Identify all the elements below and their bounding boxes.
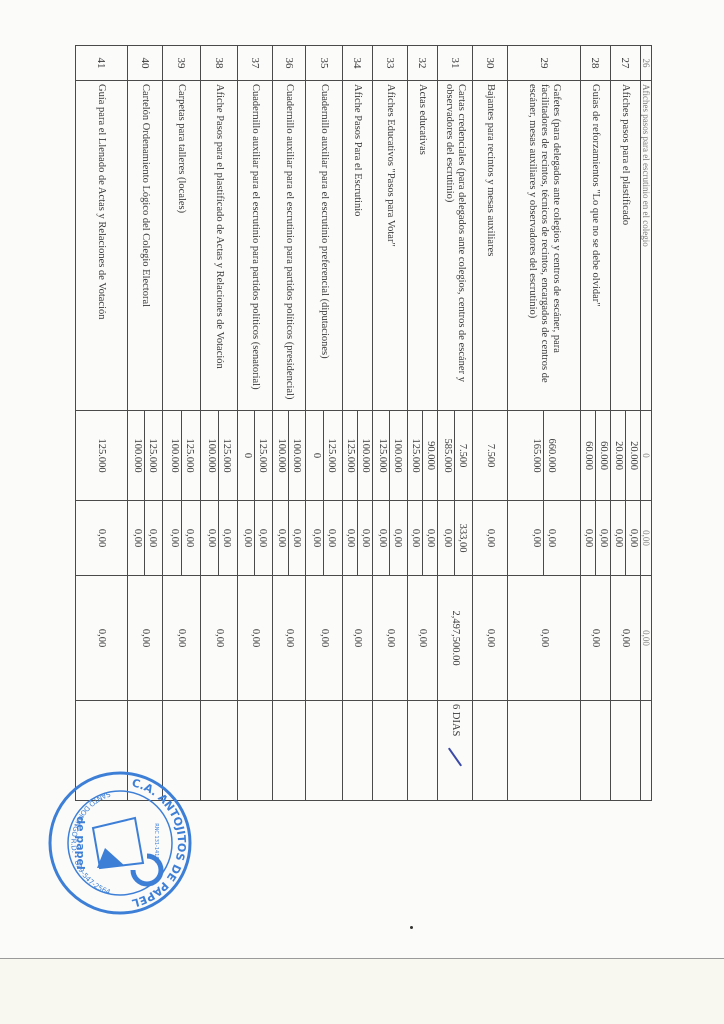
svg-text:de papel: de papel bbox=[74, 816, 87, 870]
item-description: Actas educativas bbox=[408, 81, 438, 411]
note-cell bbox=[408, 701, 438, 801]
quantity-cell: 60.00060.000 bbox=[581, 411, 611, 501]
quantity-cell: 100.000125.000 bbox=[373, 411, 408, 501]
item-description: Cuadernillo auxiliar para el escrutinio … bbox=[306, 81, 343, 411]
unit-price-value: 0,00 bbox=[611, 501, 626, 575]
quantity-cell: 125.0000 bbox=[238, 411, 273, 501]
row-number: 41 bbox=[76, 46, 128, 81]
item-description: Cuadernillo auxiliar para el escrutinio … bbox=[273, 81, 306, 411]
quantity-value: 125.000 bbox=[220, 411, 234, 500]
unit-price-cell: 0,000,00 bbox=[273, 501, 306, 576]
row-number: 34 bbox=[343, 46, 373, 81]
quantity-cell: 125.000100.000 bbox=[163, 411, 201, 501]
unit-price-cell: 0,000,00 bbox=[611, 501, 641, 576]
unit-price-cell: 0,000,00 bbox=[408, 501, 438, 576]
row-number: 26 bbox=[641, 46, 652, 81]
total-cell: 0,00 bbox=[201, 576, 238, 701]
unit-price-cell: 0,000,00 bbox=[163, 501, 201, 576]
table-row: 40Cartelón Ordenamiento Lógico del Coleg… bbox=[128, 46, 163, 801]
unit-price-value: 0,00 bbox=[441, 501, 456, 575]
quantity-value: 100.000 bbox=[167, 411, 182, 500]
unit-price-value: 0,00 bbox=[596, 501, 610, 575]
quantity-cell: 20.00020.000 bbox=[611, 411, 641, 501]
quantity-cell: 660.000165.000 bbox=[508, 411, 581, 501]
note-cell bbox=[641, 701, 652, 801]
unit-price-value: 0,00 bbox=[241, 501, 256, 575]
quantity-cell: 7.500 bbox=[473, 411, 508, 501]
table-row: 28Guías de reforzamientos "Lo que no se … bbox=[581, 46, 611, 801]
unit-price-value: 0,00 bbox=[358, 501, 372, 575]
unit-price-value: 0,00 bbox=[641, 501, 651, 575]
total-cell: 0,00 bbox=[373, 576, 408, 701]
unit-price-value: 0,00 bbox=[391, 501, 405, 575]
total-cell: 0,00 bbox=[581, 576, 611, 701]
quantity-value: 20.000 bbox=[626, 411, 640, 500]
unit-price-value: 0,00 bbox=[530, 501, 545, 575]
item-description: Guías de reforzamientos "Lo que no se de… bbox=[581, 81, 611, 411]
table-row: 36Cuadernillo auxiliar para el escrutini… bbox=[273, 46, 306, 801]
note-cell: 6 DIAS bbox=[438, 701, 473, 801]
quantity-value: 660.000 bbox=[545, 411, 559, 500]
unit-price-value: 0,00 bbox=[408, 501, 423, 575]
svg-text:RNC 131-14191: RNC 131-14191 bbox=[153, 823, 159, 863]
unit-price-value: 0,00 bbox=[376, 501, 391, 575]
total-cell: 0,00 bbox=[306, 576, 343, 701]
quantity-value: 165.000 bbox=[530, 411, 545, 500]
total-cell: 0,00 bbox=[343, 576, 373, 701]
unit-price-cell: 0,00 bbox=[641, 501, 652, 576]
note-cell bbox=[611, 701, 641, 801]
quantity-cell: 125.000100.000 bbox=[128, 411, 163, 501]
unit-price-value: 0,00 bbox=[275, 501, 290, 575]
unit-price-cell: 0,00 bbox=[76, 501, 128, 576]
item-description: Guía para el Llenado de Actas y Relacion… bbox=[76, 81, 128, 411]
item-description: Afiche Pasos Para el Escrutinio bbox=[343, 81, 373, 411]
quantity-value: 0 bbox=[641, 411, 651, 500]
note-cell bbox=[273, 701, 306, 801]
unit-price-cell: 0,00 bbox=[473, 501, 508, 576]
unit-price-value: 0,00 bbox=[483, 501, 497, 575]
scan-speck bbox=[410, 926, 413, 929]
unit-price-cell: 0,000,00 bbox=[128, 501, 163, 576]
rotated-table-container: 26Afiches pasos para el escrutinio en el… bbox=[92, 45, 652, 800]
note-cell bbox=[373, 701, 408, 801]
row-number: 40 bbox=[128, 46, 163, 81]
quantity-value: 585.000 bbox=[441, 411, 456, 500]
item-description: Afiches Educativos "Pasos para Votar" bbox=[373, 81, 408, 411]
total-cell: 0,00 bbox=[473, 576, 508, 701]
quantity-value: 125.000 bbox=[325, 411, 339, 500]
quantity-value: 100.000 bbox=[391, 411, 405, 500]
item-description: Cartelón Ordenamiento Lógico del Colegio… bbox=[128, 81, 163, 411]
table-row: 39Carpetas para talleres (locales)125.00… bbox=[163, 46, 201, 801]
row-number: 39 bbox=[163, 46, 201, 81]
row-number: 27 bbox=[611, 46, 641, 81]
quantity-value: 7.500 bbox=[483, 411, 497, 500]
unit-price-cell: 0,000,00 bbox=[508, 501, 581, 576]
quantity-value: 0 bbox=[241, 411, 256, 500]
quantity-cell: 100.000100.000 bbox=[273, 411, 306, 501]
quantity-value: 125.000 bbox=[146, 411, 160, 500]
table-row: 35Cuadernillo auxiliar para el escrutini… bbox=[306, 46, 343, 801]
quantity-cell: 125.000100.000 bbox=[201, 411, 238, 501]
total-cell: 0,00 bbox=[76, 576, 128, 701]
total-cell: 0,00 bbox=[641, 576, 652, 701]
quantity-value: 125.000 bbox=[376, 411, 391, 500]
unit-price-cell: 0,000,00 bbox=[306, 501, 343, 576]
quantity-value: 100.000 bbox=[131, 411, 146, 500]
table-row: 29Gafetes (para delegados ante colegios … bbox=[508, 46, 581, 801]
unit-price-cell: 333,000,00 bbox=[438, 501, 473, 576]
unit-price-value: 0,00 bbox=[423, 501, 437, 575]
total-cell: 2,497,500.00 bbox=[438, 576, 473, 701]
unit-price-value: 333,00 bbox=[456, 501, 470, 575]
row-number: 29 bbox=[508, 46, 581, 81]
note-cell bbox=[201, 701, 238, 801]
row-number: 33 bbox=[373, 46, 408, 81]
table-row: 41Guía para el Llenado de Actas y Relaci… bbox=[76, 46, 128, 801]
table-row: 38Afiche Pasos para el plastificado de A… bbox=[201, 46, 238, 801]
table-row: 26Afiches pasos para el escrutinio en el… bbox=[641, 46, 652, 801]
quantity-value: 60.000 bbox=[596, 411, 610, 500]
quantity-cell: 125.000 bbox=[76, 411, 128, 501]
quantity-value: 100.000 bbox=[290, 411, 304, 500]
unit-price-value: 0,00 bbox=[256, 501, 270, 575]
row-number: 35 bbox=[306, 46, 343, 81]
total-cell: 0,00 bbox=[163, 576, 201, 701]
quantity-value: 100.000 bbox=[205, 411, 220, 500]
item-description: Gafetes (para delegados ante colegios y … bbox=[508, 81, 581, 411]
unit-price-value: 0,00 bbox=[146, 501, 160, 575]
delivery-note: 6 DIAS bbox=[450, 704, 461, 736]
unit-price-cell: 0,000,00 bbox=[373, 501, 408, 576]
item-description: Afiches pasos para el escrutinio en el c… bbox=[641, 81, 652, 411]
item-description: Carpetas para talleres (locales) bbox=[163, 81, 201, 411]
table-row: 37Cuadernillo auxiliar para el escrutini… bbox=[238, 46, 273, 801]
row-number: 30 bbox=[473, 46, 508, 81]
company-stamp: C.A. ANTOJITOS DE PAPEL SANTO DOMINGO R.… bbox=[45, 768, 195, 918]
quantity-cell: 90.000125.000 bbox=[408, 411, 438, 501]
total-cell: 0,00 bbox=[273, 576, 306, 701]
quantity-value: 100.000 bbox=[275, 411, 290, 500]
quantity-value: 125.000 bbox=[256, 411, 270, 500]
row-number: 31 bbox=[438, 46, 473, 81]
unit-price-cell: 0,000,00 bbox=[201, 501, 238, 576]
unit-price-value: 0,00 bbox=[325, 501, 339, 575]
unit-price-value: 0,00 bbox=[290, 501, 304, 575]
row-number: 28 bbox=[581, 46, 611, 81]
total-cell: 0,00 bbox=[238, 576, 273, 701]
row-number: 38 bbox=[201, 46, 238, 81]
quantity-value: 90.000 bbox=[423, 411, 437, 500]
note-cell bbox=[473, 701, 508, 801]
quantity-cell: 125.0000 bbox=[306, 411, 343, 501]
unit-price-value: 0,00 bbox=[626, 501, 640, 575]
unit-price-cell: 0,000,00 bbox=[343, 501, 373, 576]
quantity-cell: 100.000125.000 bbox=[343, 411, 373, 501]
total-cell: 0,00 bbox=[611, 576, 641, 701]
row-number: 32 bbox=[408, 46, 438, 81]
total-cell: 0,00 bbox=[128, 576, 163, 701]
quantity-value: 125.000 bbox=[343, 411, 358, 500]
total-cell: 0,00 bbox=[508, 576, 581, 701]
unit-price-value: 0,00 bbox=[205, 501, 220, 575]
row-number: 37 bbox=[238, 46, 273, 81]
note-cell bbox=[581, 701, 611, 801]
quantity-value: 100.000 bbox=[358, 411, 372, 500]
unit-price-value: 0,00 bbox=[220, 501, 234, 575]
item-description: Afiche Pasos para el plastificado de Act… bbox=[201, 81, 238, 411]
quantity-value: 20.000 bbox=[611, 411, 626, 500]
scanner-background bbox=[0, 959, 724, 1024]
quantity-value: 60.000 bbox=[581, 411, 596, 500]
table-row: 34Afiche Pasos Para el Escrutinio100.000… bbox=[343, 46, 373, 801]
item-description: Afiches pasos para el plastificado bbox=[611, 81, 641, 411]
item-description: Cuadernillo auxiliar para el escrutinio … bbox=[238, 81, 273, 411]
unit-price-value: 0,00 bbox=[131, 501, 146, 575]
pen-checkmark-icon bbox=[448, 748, 462, 767]
unit-price-value: 0,00 bbox=[343, 501, 358, 575]
table-row: 30Bajantes para recintos y mesas auxilia… bbox=[473, 46, 508, 801]
unit-price-value: 0,00 bbox=[545, 501, 559, 575]
note-cell bbox=[508, 701, 581, 801]
unit-price-value: 0,00 bbox=[581, 501, 596, 575]
item-description: Bajantes para recintos y mesas auxiliare… bbox=[473, 81, 508, 411]
note-cell bbox=[306, 701, 343, 801]
row-number: 36 bbox=[273, 46, 306, 81]
total-cell: 0,00 bbox=[408, 576, 438, 701]
quantity-cell: 0 bbox=[641, 411, 652, 501]
unit-price-cell: 0,000,00 bbox=[581, 501, 611, 576]
table-row: 27Afiches pasos para el plastificado20.0… bbox=[611, 46, 641, 801]
unit-price-cell: 0,000,00 bbox=[238, 501, 273, 576]
table-row: 32Actas educativas90.000125.0000,000,000… bbox=[408, 46, 438, 801]
table-row: 33Afiches Educativos "Pasos para Votar"1… bbox=[373, 46, 408, 801]
note-cell bbox=[343, 701, 373, 801]
table-row: 31Cartas credenciales (para delegados an… bbox=[438, 46, 473, 801]
quantity-value: 125.000 bbox=[182, 411, 196, 500]
item-description: Cartas credenciales (para delegados ante… bbox=[438, 81, 473, 411]
unit-price-value: 0,00 bbox=[182, 501, 196, 575]
quantity-value: 125.000 bbox=[95, 411, 109, 500]
note-cell bbox=[238, 701, 273, 801]
quantity-value: 7.500 bbox=[456, 411, 470, 500]
unit-price-value: 0,00 bbox=[95, 501, 109, 575]
quantity-cell: 7.500585.000 bbox=[438, 411, 473, 501]
items-table: 26Afiches pasos para el escrutinio en el… bbox=[75, 45, 652, 801]
unit-price-value: 0,00 bbox=[310, 501, 325, 575]
unit-price-value: 0,00 bbox=[167, 501, 182, 575]
quantity-value: 0 bbox=[310, 411, 325, 500]
quantity-value: 125.000 bbox=[408, 411, 423, 500]
